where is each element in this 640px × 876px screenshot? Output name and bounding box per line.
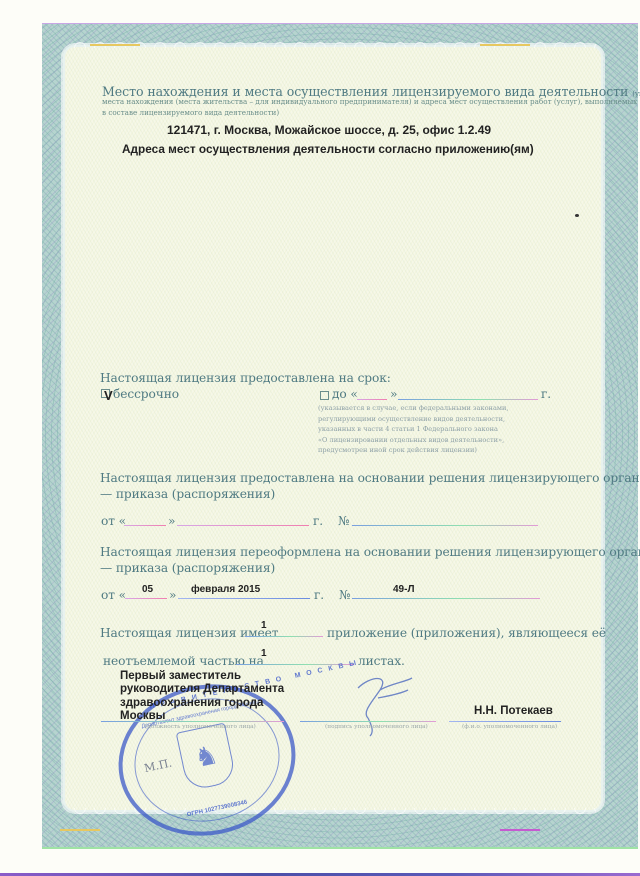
term-hint-line: указанных в части 4 статьи 1 Федеральног… (318, 424, 509, 435)
caption-signature: (подпись уполномоченного лица) (325, 724, 428, 730)
option-until-label: до « (332, 387, 358, 401)
name-line (449, 721, 561, 722)
reissued-from-label: от « (101, 588, 126, 602)
until-quote-close: » (390, 387, 397, 401)
term-label: Настоящая лицензия предоставлена на срок… (100, 371, 391, 385)
signatory-name: Н.Н. Потекаев (474, 705, 553, 717)
reissued-month-year-value: февраля 2015 (191, 584, 260, 595)
reissued-year-suffix: г. (314, 588, 324, 602)
term-hint-line: «О лицензировании отдельных видов деятел… (318, 435, 509, 446)
checkbox-until[interactable] (320, 391, 329, 400)
attachments-text-after: приложение (приложения), являющееся её (327, 626, 606, 640)
reissued-quote-close: » (169, 588, 176, 602)
signature-line (300, 721, 436, 722)
signatory-position: Первый заместитель руководителя Департам… (120, 670, 284, 723)
until-day-field[interactable] (357, 399, 387, 400)
location-note-line3: в составе лицензируемого вида деятельнос… (102, 108, 279, 117)
attachments-text-before: Настоящая лицензия имеет (100, 626, 278, 640)
reissued-text-line2: — приказа (распоряжения) (100, 561, 275, 575)
attachments-count-value: 1 (261, 620, 267, 631)
granted-quote-close: » (168, 514, 175, 528)
granted-from-label: от « (101, 514, 126, 528)
signatory-position-line: руководителя Департамента (120, 683, 284, 696)
ink-speck (575, 214, 579, 217)
granted-number-field[interactable] (352, 525, 538, 526)
sheets-text-before: неотъемлемой частью на (103, 654, 264, 668)
sheets-text-after: листах. (358, 654, 405, 668)
granted-day-field[interactable] (124, 525, 166, 526)
reissued-month-year-field[interactable] (178, 598, 310, 599)
until-date-field[interactable] (398, 399, 538, 400)
option-indefinite-label: бессрочно (113, 387, 179, 401)
sheets-count-value: 1 (261, 648, 267, 659)
granted-year-suffix: г. (313, 514, 323, 528)
caption-name: (ф.и.о. уполномоченного лица) (462, 724, 557, 730)
attachments-count-field[interactable] (245, 636, 323, 637)
term-hint: (указывается в случае, если федеральными… (318, 403, 509, 456)
address-value: 121471, г. Москва, Можайское шоссе, д. 2… (167, 123, 491, 137)
granted-text-line1: Настоящая лицензия предоставлена на осно… (100, 471, 640, 485)
reissued-day-value: 05 (142, 584, 153, 595)
addresses-note: Адреса мест осуществления деятельности с… (122, 142, 534, 156)
term-hint-line: (указывается в случае, если федеральными… (318, 403, 509, 414)
term-hint-line: регулирующими осуществление видов деятел… (318, 414, 509, 425)
reissued-number-field[interactable] (352, 598, 540, 599)
granted-month-year-field[interactable] (177, 525, 309, 526)
reissued-number-label: № (339, 588, 350, 602)
position-line (101, 721, 284, 722)
term-hint-line: предусмотрен иной срок действия лицензии… (318, 445, 509, 456)
caption-position: (должность уполномоченного лица) (145, 724, 256, 730)
location-note-line2: места нахождения (места жительства – для… (102, 97, 640, 106)
signatory-position-line: Первый заместитель (120, 670, 284, 683)
reissued-day-field[interactable] (125, 598, 167, 599)
checkmark-icon: V (104, 388, 113, 403)
signatory-position-line: здравоохранения города (120, 697, 284, 710)
license-page: Место нахождения и места осуществления л… (0, 0, 640, 876)
reissued-text-line1: Настоящая лицензия переоформлена на осно… (100, 545, 640, 559)
granted-number-label: № (338, 514, 349, 528)
until-year-suffix: г. (541, 387, 551, 401)
granted-text-line2: — приказа (распоряжения) (100, 487, 275, 501)
reissued-number-value: 49-Л (393, 584, 414, 595)
